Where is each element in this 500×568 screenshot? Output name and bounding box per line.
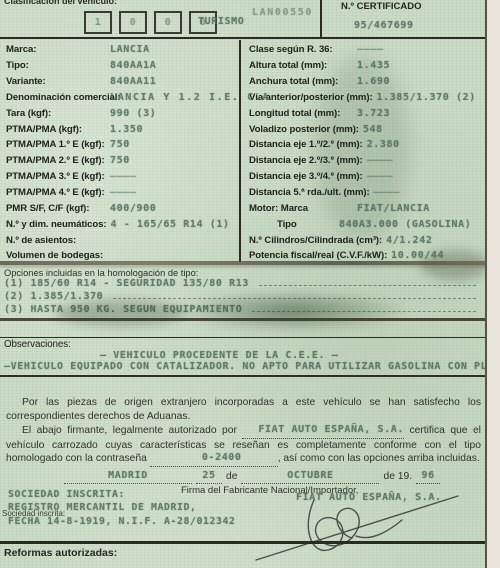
scan-paper-edge bbox=[485, 0, 500, 568]
field-label: Voladizo posterior (mm): bbox=[249, 124, 359, 135]
homologation-options-section: Opciones incluidas en la homologación de… bbox=[0, 267, 486, 319]
code-box: 1 bbox=[84, 11, 112, 34]
field-value: 840A3.000 (GASOLINA) bbox=[339, 219, 471, 230]
year-field: 96 bbox=[416, 470, 440, 485]
handwritten-signature bbox=[252, 486, 462, 568]
field-label: Tara (kgf): bbox=[6, 108, 106, 119]
table-row: Longitud total (mm):3.723 bbox=[249, 105, 487, 121]
field-value: 990 (3) bbox=[110, 108, 156, 119]
day-field: 25 bbox=[196, 470, 222, 485]
field-label: N.º de asientos: bbox=[6, 235, 106, 246]
document-reference: LAN00550 bbox=[252, 7, 313, 18]
table-row: PTMA/PMA 4.º E (kgf):———— bbox=[6, 185, 239, 201]
field-value: LANCIA Y 1.2 I.E. C.A bbox=[110, 92, 270, 103]
field-label: Motor: Marca bbox=[249, 203, 353, 214]
field-label: PTMA/PMA 3.º E (kgf): bbox=[6, 171, 106, 182]
field-label: Tipo: bbox=[6, 60, 106, 71]
field-value: 840AA11 bbox=[110, 76, 156, 87]
signer-text: , así como con las opciones arriba inclu… bbox=[278, 453, 480, 464]
table-row: PTMA/PMA 2.º E (kgf):750 bbox=[6, 153, 239, 169]
code-digit: 1 bbox=[95, 17, 102, 28]
field-value: FIAT/LANCIA bbox=[357, 203, 430, 214]
field-label: Distancia 5.ª rda./ult. (mm): bbox=[249, 187, 370, 198]
divider bbox=[0, 541, 500, 544]
field-label: N.º Cilindros/Cilindrada (cm³): bbox=[249, 235, 382, 246]
table-row: N.º de asientos: bbox=[6, 232, 239, 248]
table-row: Distancia eje 1.º/2.º (mm):2.380 bbox=[249, 137, 487, 153]
field-label: PMR S/F, C/F (kgf): bbox=[6, 203, 106, 214]
authorized-reforms-label: Reformas autorizadas: bbox=[4, 547, 117, 559]
signer-paragraph: El abajo firmante, legalmente autorizado… bbox=[6, 424, 481, 467]
field-label: Altura total (mm): bbox=[249, 60, 353, 71]
table-right-column: Clase según R. 36:———— Altura total (mm)… bbox=[241, 40, 487, 262]
field-value: 840AA1A bbox=[110, 60, 156, 71]
declaration-section: Por las piezas de origen extranjero inco… bbox=[0, 393, 487, 500]
field-label: Potencia fiscal/real (C.V.F./kW): bbox=[249, 250, 387, 261]
table-row: Distancia eje 2.º/3.º (mm):———— bbox=[249, 153, 487, 169]
table-row: Altura total (mm):1.435 bbox=[249, 58, 487, 74]
type-code-value: 0-2400 bbox=[202, 452, 242, 463]
field-label: PTMA/PMA 4.º E (kgf): bbox=[6, 187, 106, 198]
field-value: ———— bbox=[374, 187, 400, 198]
registered-company-title: SOCIEDAD INSCRITA: bbox=[8, 489, 125, 500]
table-row: Voladizo posterior (mm):548 bbox=[249, 121, 487, 137]
dashed-rule bbox=[252, 311, 476, 312]
option-text: (1) 185/60 R14 - SEGURIDAD 135/80 R13 bbox=[4, 278, 249, 289]
code-box: 0 bbox=[119, 11, 147, 34]
date-word: de 19. bbox=[383, 470, 412, 484]
field-value: ———— bbox=[367, 171, 393, 182]
dashed-rule bbox=[113, 298, 476, 299]
table-row: Tipo840A3.000 (GASOLINA) bbox=[249, 216, 487, 232]
registry-date-nif: FECHA 14-8-1919, N.I.F. A-28/012342 bbox=[8, 516, 235, 527]
date-line: MADRID 25 de OCTUBRE de 19. 96 bbox=[64, 470, 481, 485]
month-field: OCTUBRE bbox=[241, 470, 379, 485]
vehicle-class-value: TURISMO bbox=[198, 16, 244, 27]
table-row: Motor: MarcaFIAT/LANCIA bbox=[249, 200, 487, 216]
table-row: Marca:LANCIA bbox=[6, 42, 239, 58]
table-row: PTMA/PMA 1.º E (kgf):750 bbox=[6, 137, 239, 153]
field-label: Distancia eje 2.º/3.º (mm): bbox=[249, 155, 363, 166]
classification-label: Clasificación del vehículo: bbox=[4, 0, 117, 6]
option-text: (3) HASTA 950 KG. SEGUN EQUIPAMIENTO bbox=[4, 304, 242, 315]
table-left-column: Marca:LANCIA Tipo:840AA1A Variante:840AA… bbox=[0, 40, 241, 262]
date-word: de bbox=[226, 470, 237, 484]
authorized-by-value: FIAT AUTO ESPAÑA, S.A. bbox=[258, 424, 404, 435]
certificate-number-value: 95/467699 bbox=[354, 20, 414, 31]
field-value: 1.350 bbox=[110, 124, 143, 135]
day-value: 25 bbox=[202, 470, 215, 481]
field-label: N.º y dim. neumáticos: bbox=[6, 219, 106, 230]
authorized-by-field: FIAT AUTO ESPAÑA, S.A. bbox=[242, 424, 404, 439]
place-field: MADRID bbox=[64, 470, 192, 485]
field-label: Variante: bbox=[6, 76, 106, 87]
field-value: 400/900 bbox=[110, 203, 156, 214]
field-value: ———— bbox=[357, 44, 383, 55]
month-value: OCTUBRE bbox=[287, 470, 333, 481]
divider bbox=[320, 0, 322, 38]
option-line: (1) 185/60 R14 - SEGURIDAD 135/80 R13 bbox=[4, 278, 482, 291]
table-row: Anchura total (mm):1.690 bbox=[249, 74, 487, 90]
field-value: 1.435 bbox=[357, 60, 390, 71]
field-label: Distancia eje 1.º/2.º (mm): bbox=[249, 139, 363, 150]
field-label: Clase según R. 36: bbox=[249, 44, 353, 55]
field-value: 750 bbox=[110, 139, 130, 150]
observations-section: Observaciones: — VEHICULO PROCEDENTE DE … bbox=[0, 337, 487, 377]
code-digit: 0 bbox=[165, 17, 172, 28]
dashed-rule bbox=[259, 285, 476, 286]
table-row: PMR S/F, C/F (kgf):400/900 bbox=[6, 200, 239, 216]
field-label: PTMA/PMA 2.º E (kgf): bbox=[6, 155, 106, 166]
field-value: 4 - 165/65 R14 (1) bbox=[110, 219, 229, 230]
table-row: Tipo:840AA1A bbox=[6, 58, 239, 74]
table-row: Denominación comercial:LANCIA Y 1.2 I.E.… bbox=[6, 90, 239, 106]
table-row: Clase según R. 36:———— bbox=[249, 42, 487, 58]
place-value: MADRID bbox=[108, 470, 148, 481]
field-value: ———— bbox=[110, 187, 136, 198]
option-line: (3) HASTA 950 KG. SEGUN EQUIPAMIENTO bbox=[4, 304, 482, 317]
table-row: PTMA/PMA 3.º E (kgf):———— bbox=[6, 169, 239, 185]
paper-fold-crease bbox=[0, 261, 500, 265]
field-value: LANCIA bbox=[110, 44, 150, 55]
scanned-certificate-page: Clasificación del vehículo: 1 0 0 0 TURI… bbox=[0, 0, 500, 568]
field-value: 1.690 bbox=[357, 76, 390, 87]
customs-paragraph: Por las piezas de origen extranjero inco… bbox=[6, 396, 481, 423]
table-row: N.º y dim. neumáticos:4 - 165/65 R14 (1) bbox=[6, 216, 239, 232]
field-value: 548 bbox=[363, 124, 383, 135]
observations-label: Observaciones: bbox=[4, 339, 483, 350]
code-box: 0 bbox=[154, 11, 182, 34]
field-value: 1.385/1.370 (2) bbox=[377, 92, 476, 103]
field-value: ———— bbox=[110, 171, 136, 182]
table-row: PTMA/PMA (kgf):1.350 bbox=[6, 121, 239, 137]
year-value: 96 bbox=[421, 470, 434, 481]
table-row: Vía anterior/posterior (mm):1.385/1.370 … bbox=[249, 90, 487, 106]
table-row: Distancia 5.ª rda./ult. (mm):———— bbox=[249, 185, 487, 201]
field-value: 2.380 bbox=[367, 139, 400, 150]
table-row: Tara (kgf):990 (3) bbox=[6, 105, 239, 121]
options-title: Opciones incluidas en la homologación de… bbox=[4, 268, 482, 278]
option-text: (2) 1.385/1.370 bbox=[4, 291, 103, 302]
type-code-field: 0-2400 bbox=[150, 452, 278, 467]
divider bbox=[0, 318, 487, 321]
observation-text: —VEHICULO EQUIPADO CON CATALIZADOR. NO A… bbox=[4, 361, 483, 372]
vehicle-data-table: Marca:LANCIA Tipo:840AA1A Variante:840AA… bbox=[0, 40, 487, 262]
field-value: 4/1.242 bbox=[386, 235, 432, 246]
field-label: Anchura total (mm): bbox=[249, 76, 353, 87]
field-value: 750 bbox=[110, 155, 130, 166]
field-value: 10.00/44 bbox=[391, 250, 444, 261]
divider bbox=[0, 37, 487, 39]
signature-scribble bbox=[252, 486, 462, 564]
certificate-number-label: N.º CERTIFICADO bbox=[341, 1, 422, 12]
signer-text: El abajo firmante, legalmente autorizado… bbox=[22, 425, 237, 436]
field-label: PTMA/PMA (kgf): bbox=[6, 124, 106, 135]
field-label: Longitud total (mm): bbox=[249, 108, 353, 119]
field-label: Volumen de bodegas: bbox=[6, 250, 106, 261]
observation-text: — VEHICULO PROCEDENTE DE LA C.E.E. — bbox=[100, 350, 483, 361]
table-row: N.º Cilindros/Cilindrada (cm³):4/1.242 bbox=[249, 232, 487, 248]
field-label: Tipo bbox=[249, 219, 335, 230]
table-row: Distancia eje 3.º/4.º (mm):———— bbox=[249, 169, 487, 185]
field-value: ———— bbox=[367, 155, 393, 166]
field-label: Denominación comercial: bbox=[6, 92, 106, 103]
field-label: PTMA/PMA 1.º E (kgf): bbox=[6, 139, 106, 150]
option-line: (2) 1.385/1.370 bbox=[4, 291, 482, 304]
code-digit: 0 bbox=[130, 17, 137, 28]
field-label: Distancia eje 3.º/4.º (mm): bbox=[249, 171, 363, 182]
table-row: Variante:840AA11 bbox=[6, 74, 239, 90]
field-value: 3.723 bbox=[357, 108, 390, 119]
field-label: Marca: bbox=[6, 44, 106, 55]
